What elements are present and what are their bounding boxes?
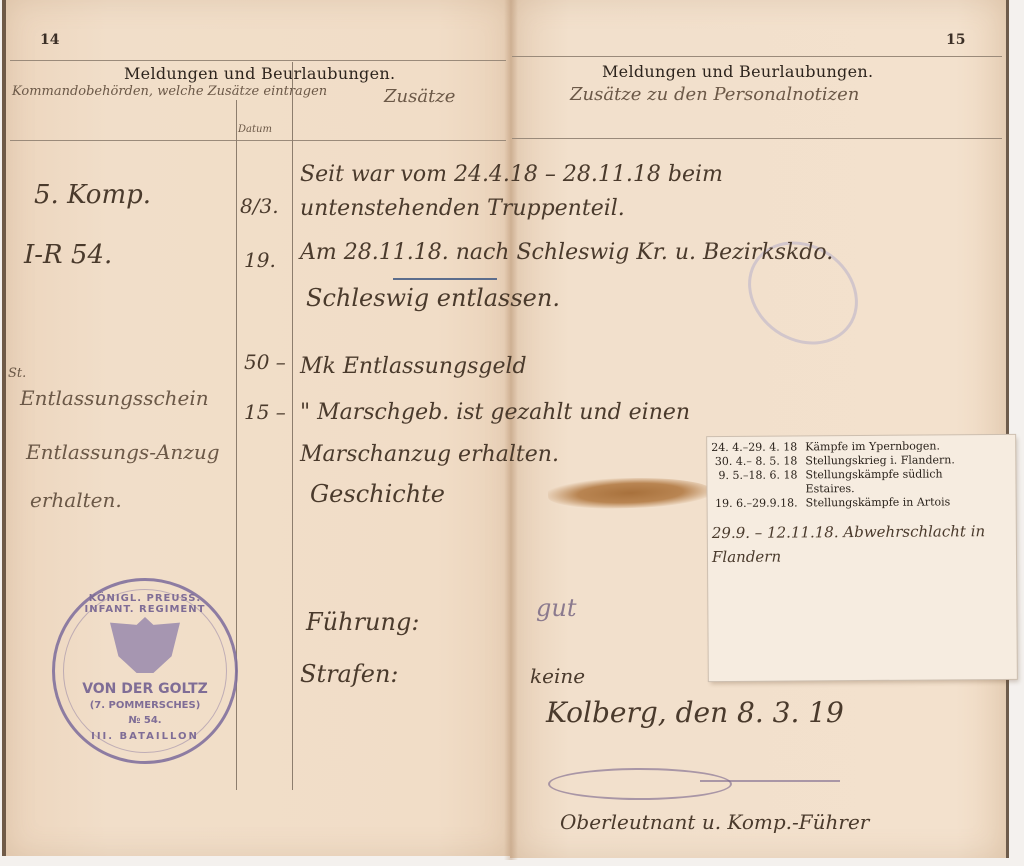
punishments-label: Strafen: [300, 660, 399, 688]
stamp-line-1: VON DER GOLTZ [55, 681, 235, 697]
column-divider-date-right [292, 62, 293, 790]
book-spine [504, 0, 518, 860]
unit-entry-regiment: I-R 54. [24, 240, 112, 270]
amount-entry-2: 15 – [244, 400, 286, 424]
header-rule-bottom-left [10, 140, 506, 141]
slip-handwritten-addition: 29.9. – 12.11.18. Abwehrschlacht in Flan… [712, 519, 1002, 569]
slip-row-2: 30. 4.– 8. 5. 18Stellungskrieg i. Flande… [707, 453, 955, 468]
entry-line-4: Schleswig entlassen. [306, 284, 560, 312]
campaign-slip: 24. 4.–29. 4. 18Kämpfe im Ypernbogen. 30… [707, 435, 1017, 681]
entry-line-7: Marschanzug erhalten. [300, 442, 559, 467]
date-entry-1: 8/3. [240, 194, 279, 218]
printed-heading-right: Meldungen und Beurlaubungen. [602, 62, 873, 81]
slip-row-1: 24. 4.–29. 4. 18Kämpfe im Ypernbogen. [707, 439, 940, 454]
header-rule-bottom-right [512, 138, 1002, 139]
pencil-signature-loop [548, 768, 732, 800]
stamp-line-2: (7. POMMERSCHES) [55, 700, 235, 711]
page-number-left: 14 [40, 32, 59, 48]
discharge-note-3: erhalten. [30, 488, 122, 512]
slip-row-3: 9. 5.–18. 6. 18Stellungskämpfe südlich [707, 467, 942, 482]
discharge-note-prefix: St. [8, 366, 26, 381]
entry-line-1: Seit war vom 24.4.18 – 28.11.18 beim [300, 162, 723, 187]
header-rule-top-left [10, 60, 506, 61]
conduct-value: gut [536, 594, 576, 622]
open-military-pass: 14 Meldungen und Beurlaubungen. Kommando… [0, 0, 1024, 866]
conduct-label: Führung: [306, 608, 419, 636]
slip-row-5: 19. 6.–29.9.18.Stellungskämpfe in Artois [708, 495, 951, 510]
header-rule-top-right [512, 56, 1002, 57]
column-header-additions: Zusätze [384, 86, 455, 107]
date-entry-2: 19. [244, 248, 276, 272]
punishments-value: keine [530, 664, 585, 688]
column-header-date: Datum [238, 124, 272, 135]
signature-title: Oberleutnant u. Komp.-Führer [560, 810, 869, 834]
unit-entry-company: 5. Komp. [34, 180, 151, 210]
entry-line-6: " Marschgeb. ist gezahlt und einen [300, 400, 690, 425]
amount-entry-1: 50 – [244, 350, 286, 374]
entry-line-8: Geschichte [310, 480, 445, 508]
discharge-note-1: Entlassungsschein [20, 386, 209, 410]
blue-underline-mark [393, 278, 497, 280]
regiment-stamp: KÖNIGL. PREUSS. INFANT. REGIMENT VON DER… [52, 578, 238, 764]
slip-row-4: Estaires. [707, 482, 854, 496]
right-page [510, 0, 1009, 858]
stamp-ring-text: KÖNIGL. PREUSS. INFANT. REGIMENT [69, 593, 221, 615]
stamp-bottom-text: III. BATAILLON [55, 731, 235, 742]
place-and-date: Kolberg, den 8. 3. 19 [546, 696, 844, 729]
handwritten-heading-right: Zusätze zu den Personalnotizen [570, 84, 859, 105]
entry-line-2: untenstehenden Truppenteil. [300, 196, 625, 221]
stamp-line-3: № 54. [55, 715, 235, 726]
page-number-right: 15 [946, 32, 965, 48]
discharge-note-2: Entlassungs-Anzug [26, 440, 220, 464]
printed-heading-left: Meldungen und Beurlaubungen. [124, 64, 395, 83]
pencil-signature-stroke [700, 780, 840, 782]
column-header-authorities: Kommandobehörden, welche Zusätze eintrag… [12, 84, 327, 99]
entry-line-3: Am 28.11.18. nach Schleswig Kr. u. Bezir… [300, 240, 833, 265]
entry-line-5: Mk Entlassungsgeld [300, 354, 527, 379]
